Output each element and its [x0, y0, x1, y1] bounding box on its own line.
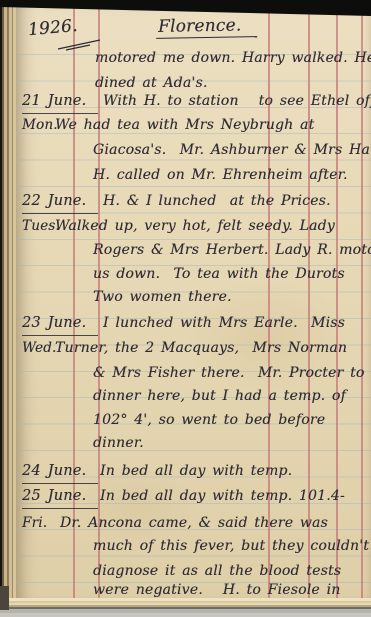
line-text: dinner. [93, 432, 144, 454]
line-text: H. & I lunched at the Prices. [103, 190, 331, 212]
photo-corner-shadow [0, 586, 9, 610]
line-text: Turner, the 2 Macquays, Mrs Norman [55, 337, 347, 359]
line-text: Giacosa's. Mr. Ashburner & Mrs Harvey. [93, 139, 371, 161]
journal-line: much of this fever, but they couldn't [16, 535, 371, 559]
entry-date: 23 June. [22, 312, 98, 336]
journal-line: Giacosa's. Mr. Ashburner & Mrs Harvey. [16, 139, 371, 163]
line-text: us down. To tea with the Durots [93, 263, 345, 285]
journal-line: H. called on Mr. Ehrenheim after. [16, 164, 371, 188]
entry-day: Wed. [22, 337, 57, 359]
line-text: In bed all day with temp. 101.4- [100, 485, 345, 507]
entry-date: 22 June. [22, 190, 98, 214]
line-text: H. called on Mr. Ehrenheim after. [93, 164, 348, 186]
line-text: In bed all day with temp. [100, 460, 292, 482]
line-text: dinner here, but I had a temp. of [93, 385, 346, 407]
book-binding [0, 4, 16, 604]
journal-line: 25 June.In bed all day with temp. 101.4- [16, 485, 371, 509]
journal-line: Tues.Walked up, very hot, felt seedy. La… [16, 215, 371, 239]
journal-line: us down. To tea with the Durots [16, 263, 371, 287]
journal-line: 24 June.In bed all day with temp. [16, 460, 371, 484]
journal-line: 102° 4', so went to bed before [16, 409, 371, 433]
line-text: much of this fever, but they couldn't [93, 535, 369, 557]
table-surface [0, 607, 371, 617]
line-text: With H. to station to see Ethel off [103, 90, 371, 112]
line-text: I lunched with Mrs Earle. Miss [103, 312, 345, 334]
line-text: motored me down. Harry walked. He [95, 47, 371, 69]
entry-date: 24 June. [22, 460, 98, 484]
journal-line: Wed.Turner, the 2 Macquays, Mrs Norman [16, 337, 371, 361]
line-text: Two women there. [93, 286, 232, 308]
journal-line: Two women there. [16, 286, 371, 310]
journal-line: 21 June.With H. to station to see Ethel … [16, 90, 371, 114]
line-text: We had tea with Mrs Neybrugh at [55, 114, 314, 136]
line-text: & Mrs Fisher there. Mr. Procter to [93, 362, 365, 384]
journal-line: & Mrs Fisher there. Mr. Procter to [16, 362, 371, 386]
journal-line: Fri.Dr. Ancona came, & said there was [16, 512, 371, 536]
journal-line: Mon.We had tea with Mrs Neybrugh at [16, 114, 371, 138]
entry-day: Mon. [22, 114, 58, 136]
line-text: Dr. Ancona came, & said there was [60, 512, 328, 534]
photo-frame: 1926. Florence. motored me down. Harry w… [0, 0, 371, 617]
entry-date: 21 June. [22, 90, 98, 114]
diary-page: 1926. Florence. motored me down. Harry w… [16, 6, 371, 600]
line-text: Rogers & Mrs Herbert. Lady R. motored [93, 239, 371, 261]
journal-line: Rogers & Mrs Herbert. Lady R. motored [16, 239, 371, 263]
page-bottom-edge [8, 598, 371, 607]
journal-line: motored me down. Harry walked. He [16, 47, 371, 71]
journal-line: dinner. [16, 432, 371, 456]
page-title: Florence. [156, 15, 258, 39]
journal-line: 22 June.H. & I lunched at the Prices. [16, 190, 371, 214]
entry-day: Fri. [22, 512, 47, 534]
entry-date: 25 June. [22, 485, 98, 509]
journal-line: dinner here, but I had a temp. of [16, 385, 371, 409]
line-text: 102° 4', so went to bed before [93, 409, 325, 431]
journal-line: 23 June.I lunched with Mrs Earle. Miss [16, 312, 371, 336]
line-text: Walked up, very hot, felt seedy. Lady [55, 215, 335, 237]
